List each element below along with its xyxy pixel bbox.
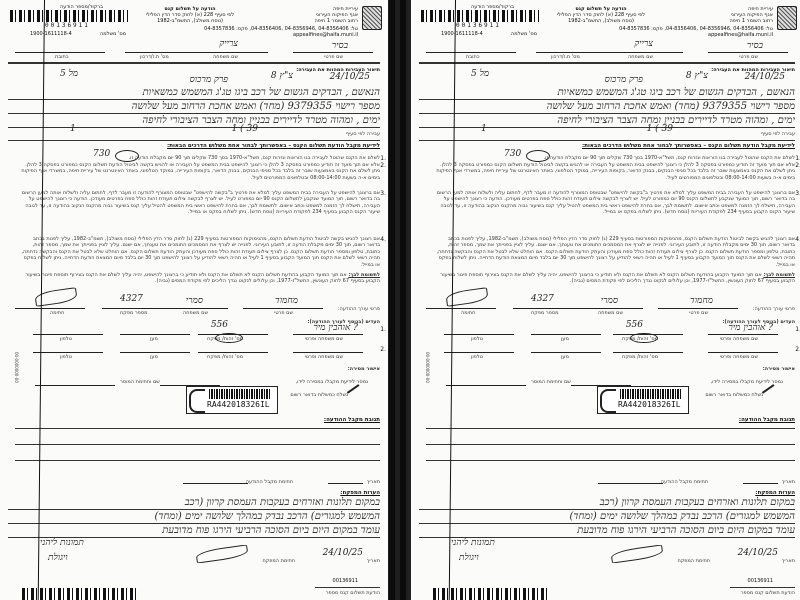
inspector-notes: במקום תלונות ואזרחים בעקבות העמסת קרוון …: [8, 496, 380, 538]
registered-mail-label: נשלח כמשלוח בדואר רשום: [290, 392, 348, 398]
registered-mail-sticker: RA442018326IL: [597, 386, 689, 414]
registered-mail-sticker: RA442018326IL: [186, 386, 278, 414]
notice-barcode: [10, 10, 128, 22]
label: טלפון: [471, 336, 483, 342]
label: מספר מפקח: [531, 310, 559, 316]
section-value: 1 ( 39: [232, 124, 258, 134]
witness-name: אוהבין מיר ?: [728, 322, 773, 333]
offender-first-name: בסיר: [332, 40, 348, 51]
issuer-label: פרטי עורך ההודעה:: [338, 306, 380, 312]
label: שם משפחה ופרטי: [305, 354, 343, 360]
witness-name: אוהבין מיר ?: [313, 322, 358, 333]
municipality-header: עיריית חיפה אגף הפיקוח העירוני רחוב השומ…: [315, 6, 358, 24]
note-line: תמונות ליהני: [40, 537, 84, 548]
offense-desc-line: מספר רישוי 9379355 (מחד) ואמש אחכת הרחוב…: [8, 100, 380, 114]
notice-number: 00136911: [45, 22, 90, 29]
instruction-1: לשלם את הקנס שהוטל לעבירה בגו הוראות וגז…: [435, 155, 795, 161]
footer-notice-number: 00136911: [333, 578, 358, 584]
item-number: 4.: [795, 236, 800, 243]
instructions-heading: לידיעת מקבל הודעת תשלום הקנס – באפשרותך …: [582, 143, 795, 149]
label: שם פרטי: [274, 310, 293, 316]
registered-mail-number: RA442018326IL: [618, 400, 681, 409]
document-page-left: עיריית חיפה אגף הפיקוח העירוני רחוב השומ…: [0, 0, 388, 600]
id-label: מס' ת.ז/דרכון: [551, 54, 580, 60]
note-line: ויגולת: [459, 552, 479, 563]
document-page-right: עיריית חיפה אגף הפיקוח העירוני רחוב השומ…: [408, 0, 800, 600]
offense-desc-line: ימים , ומהוה מטרד לדיירים בבניין ומחה הצ…: [419, 114, 795, 128]
item-number: 1.: [795, 326, 800, 333]
serial-value: 1: [481, 124, 487, 134]
note-line: במקום תלונות ואזרחים בעקבות העמסת קרוון …: [8, 496, 380, 510]
issuer-first-name: מחמוד: [690, 295, 713, 306]
checkmark-icon: [347, 384, 359, 393]
inspector-notes: במקום תלונות ואזרחים בעקבות העמסת קרוון …: [419, 496, 795, 538]
label: מען: [561, 354, 569, 360]
label: מס' זהות/ מפקח: [622, 336, 658, 342]
notice-number: 00136911: [456, 22, 501, 29]
inspector-signature: [195, 544, 248, 563]
last-name-label: שם משפחה: [213, 54, 238, 60]
label: שם וחתימת המוסר: [531, 379, 571, 385]
offense-place: פרק מרכוס: [605, 74, 643, 85]
scan-edge: [400, 0, 406, 600]
label: מספר מפקח: [120, 310, 148, 316]
witness-id: 556: [211, 320, 228, 330]
offense-block: מל 5: [60, 68, 78, 79]
note-line: תמונות ליהני: [451, 537, 495, 548]
label: שם משפחה: [183, 310, 208, 316]
instruction-4: אם רצונך להגיש בקשה לביטול הודעת תשלום ה…: [435, 236, 795, 268]
footer-barcode: [22, 588, 137, 600]
serial-value: 1: [70, 124, 76, 134]
note-line: במקום תלונות ואזרחים בעקבות העמסת קרוון …: [419, 496, 795, 510]
org-email: appealfines@haifa.muni.il: [293, 32, 358, 38]
note-line: עומד במקום היום ביום הסוכה הרביעי הירגו …: [8, 524, 380, 538]
label: שם משפחה ופרטי: [720, 354, 758, 360]
item-number: 3.: [795, 190, 800, 197]
attention-note: לתשומת לבך: אם תוך המועד הקבוע בהודעת תש…: [435, 272, 795, 285]
label: שם וחתימת המוסר: [120, 379, 160, 385]
offender-last-name: צרייק: [634, 38, 653, 49]
section-value: 1 ( 39: [647, 124, 673, 134]
haifa-crest-icon: [777, 6, 797, 30]
offense-desc-line: מספר רישוי 9379355 (מחד) ואמש אחכת הרחוב…: [419, 100, 795, 114]
label: חתימת מקבל ההודעה: [246, 479, 293, 485]
label: חתימת מקבל ההודעה: [661, 479, 708, 485]
label: טלפון: [60, 354, 72, 360]
inspector-signature: [610, 544, 663, 563]
label: תאריך: [782, 558, 795, 564]
issuer-badge: 4327: [531, 294, 554, 304]
label: חתימה: [50, 310, 64, 316]
offense-place: פרק מרכוס: [190, 74, 228, 85]
org-address: רחוב השומר 1 חיפה: [730, 18, 773, 24]
item-number: 1.: [380, 155, 386, 162]
section-label: עבירה לפי סעיף: [346, 131, 380, 137]
org-email: appealfines@haifa.muni.il: [708, 32, 773, 38]
scan-edge: [389, 0, 395, 600]
delivery-heading: אישור מסירה:: [763, 366, 795, 372]
item-number: 2.: [380, 162, 386, 169]
section-label: עבירה לפי סעיף: [761, 131, 795, 137]
delivery-heading: אישור מסירה:: [348, 366, 380, 372]
address-label: כתובת: [55, 54, 68, 60]
footer-notice-number: 00136911: [748, 578, 773, 584]
notice-title-block: הודעה על תשלום קנס לפי סעיף 228 (א) לחוק…: [130, 6, 250, 24]
reference-number: 1900-1611118-4: [441, 31, 483, 37]
label: חתימה: [461, 310, 475, 316]
footer-label: הודעת תשלום קנס מספר: [741, 590, 795, 596]
municipality-header: עיריית חיפה אגף הפיקוח העירוני רחוב השומ…: [730, 6, 773, 24]
reference-label: מס' משלמה: [100, 31, 126, 37]
inspector-date: 24/10/25: [323, 548, 363, 558]
issuer-label: פרטי עורך ההודעה:: [753, 306, 795, 312]
reference-number: 1900-1611118-4: [30, 31, 72, 37]
label: שם משפחה ופרטי: [720, 336, 758, 342]
issuer-first-name: מחמוד: [275, 295, 298, 306]
notice-law-ref-2: (נוסח משולב), התשמ"ב-1982: [541, 18, 661, 24]
note-line: המשמש למגורים) הרכב נבדק במהלך שלושה ימי…: [8, 510, 380, 524]
haifa-crest-icon: [362, 6, 382, 30]
note-line: המשמש למגורים) הרכב נבדק במהלך שלושה ימי…: [419, 510, 795, 524]
instructions-heading: לידיעת מקבל הודעת תשלום הקנס – באפשרותך …: [167, 143, 380, 149]
offender-last-name: צרייק: [219, 38, 238, 49]
issuer-last-name: סמרי: [186, 295, 203, 306]
label: חתימת המפקח: [262, 558, 295, 564]
label: טלפון: [60, 336, 72, 342]
item-number: 3.: [380, 190, 386, 197]
label: טלפון: [471, 354, 483, 360]
attention-note: לתשומת לבך: אם תוך המועד הקבוע בהודעת תש…: [20, 272, 380, 285]
instruction-4: אם רצונך להגיש בקשה לביטול הודעת תשלום ה…: [20, 236, 380, 268]
label: מס' זהות/ מפקח: [207, 336, 243, 342]
label: שם פרטי: [689, 310, 708, 316]
label: שם משפחה: [598, 310, 623, 316]
notice-barcode: [421, 10, 539, 22]
note-line: עומד במקום היום ביום הסוכה הרביעי הירגו …: [419, 524, 795, 538]
label: מען: [150, 336, 158, 342]
issuer-last-name: סמרי: [601, 295, 618, 306]
offense-desc-line: ימים , ומהוה מטרד לדיירים בבניין ומחה הצ…: [8, 114, 380, 128]
footer-barcode: [433, 588, 548, 600]
note-line: ויגולת: [48, 552, 68, 563]
page-gap: [388, 0, 408, 600]
first-name-label: שם פרטי: [739, 54, 758, 60]
label: תאריך: [367, 558, 380, 564]
footer-label: הודעת תשלום קנס מספר: [326, 590, 380, 596]
address-label: כתובת: [466, 54, 479, 60]
label: שם משפחה ופרטי: [305, 336, 343, 342]
first-name-label: שם פרטי: [324, 54, 343, 60]
item-number: 4.: [380, 236, 386, 243]
witness-id: 556: [626, 320, 643, 330]
label: מען: [561, 336, 569, 342]
offense-date: 24/10/25: [745, 72, 785, 82]
last-name-label: שם משפחה: [628, 54, 653, 60]
side-code: 00-0000000-00: [425, 352, 430, 383]
label: מס' זהות/ מפקח: [207, 354, 243, 360]
instruction-3: אם ברצונך להישפט על העבירה בבית המשפט על…: [435, 190, 795, 216]
issuer-badge: 4327: [120, 294, 143, 304]
notice-title-block: הודעה על תשלום קנס לפי סעיף 228 (א) לחוק…: [541, 6, 661, 24]
item-number: 2.: [795, 346, 800, 353]
org-address: רחוב השומר 1 חיפה: [315, 18, 358, 24]
offense-desc-line: הנאשם , הבדקים הגשום של רכב ביגו טג'ג המ…: [8, 86, 380, 100]
label: תאריך: [367, 479, 380, 485]
label: תאריך: [782, 479, 795, 485]
label: מס' זהות/ מפקח: [622, 354, 658, 360]
label: מען: [150, 354, 158, 360]
notice-law-ref-2: (נוסח משולב), התשמ"ב-1982: [130, 18, 250, 24]
offense-description: הנאשם , הבדקים הגשום של רכב ביגו טג'ג המ…: [8, 86, 380, 128]
offense-description: הנאשם , הבדקים הגשום של רכב ביגו טג'ג המ…: [419, 86, 795, 128]
registered-mail-label: נשלח כמשלוח בדואר רשום: [705, 392, 763, 398]
item-number: 2.: [380, 346, 386, 353]
reference-label: מס' משלמה: [511, 31, 537, 37]
offense-block: מל 5: [471, 68, 489, 79]
registered-mail-number: RA442018326IL: [207, 400, 270, 409]
offense-time: צ"ץ 8: [271, 70, 293, 81]
inspector-date: 24/10/25: [738, 548, 778, 558]
instruction-2: אלא אם תוך מועד זה תודיע כמפורט בפסקה 3 …: [435, 162, 795, 181]
recipient-response-heading: תגובת מקבל ההודעה:: [324, 417, 380, 423]
item-number: 2.: [795, 162, 800, 169]
label: חתימת המפקח: [677, 558, 710, 564]
item-number: 1.: [380, 326, 386, 333]
offender-first-name: בסיר: [747, 40, 763, 51]
side-code: 00-0000000-00: [14, 352, 19, 383]
instruction-2: אלא אם תוך מועד זה תודיע כמפורט בפסקה 3 …: [20, 162, 380, 181]
offense-date: 24/10/25: [330, 72, 370, 82]
offense-time: צ"ץ 8: [686, 70, 708, 81]
id-label: מס' ת.ז/דרכון: [140, 54, 169, 60]
item-number: 1.: [795, 155, 800, 162]
instruction-3: אם ברצונך להישפט על העבירה בבית המשפט על…: [20, 190, 380, 216]
checkmark-icon: [762, 384, 774, 393]
recipient-response-heading: תגובת מקבל ההודעה:: [739, 417, 795, 423]
offense-desc-line: הנאשם , הבדקים הגשום של רכב ביגו טג'ג המ…: [419, 86, 795, 100]
instruction-1: לשלם את הקנס שהוטל לעבירה בגו הוראות וגז…: [20, 155, 380, 161]
